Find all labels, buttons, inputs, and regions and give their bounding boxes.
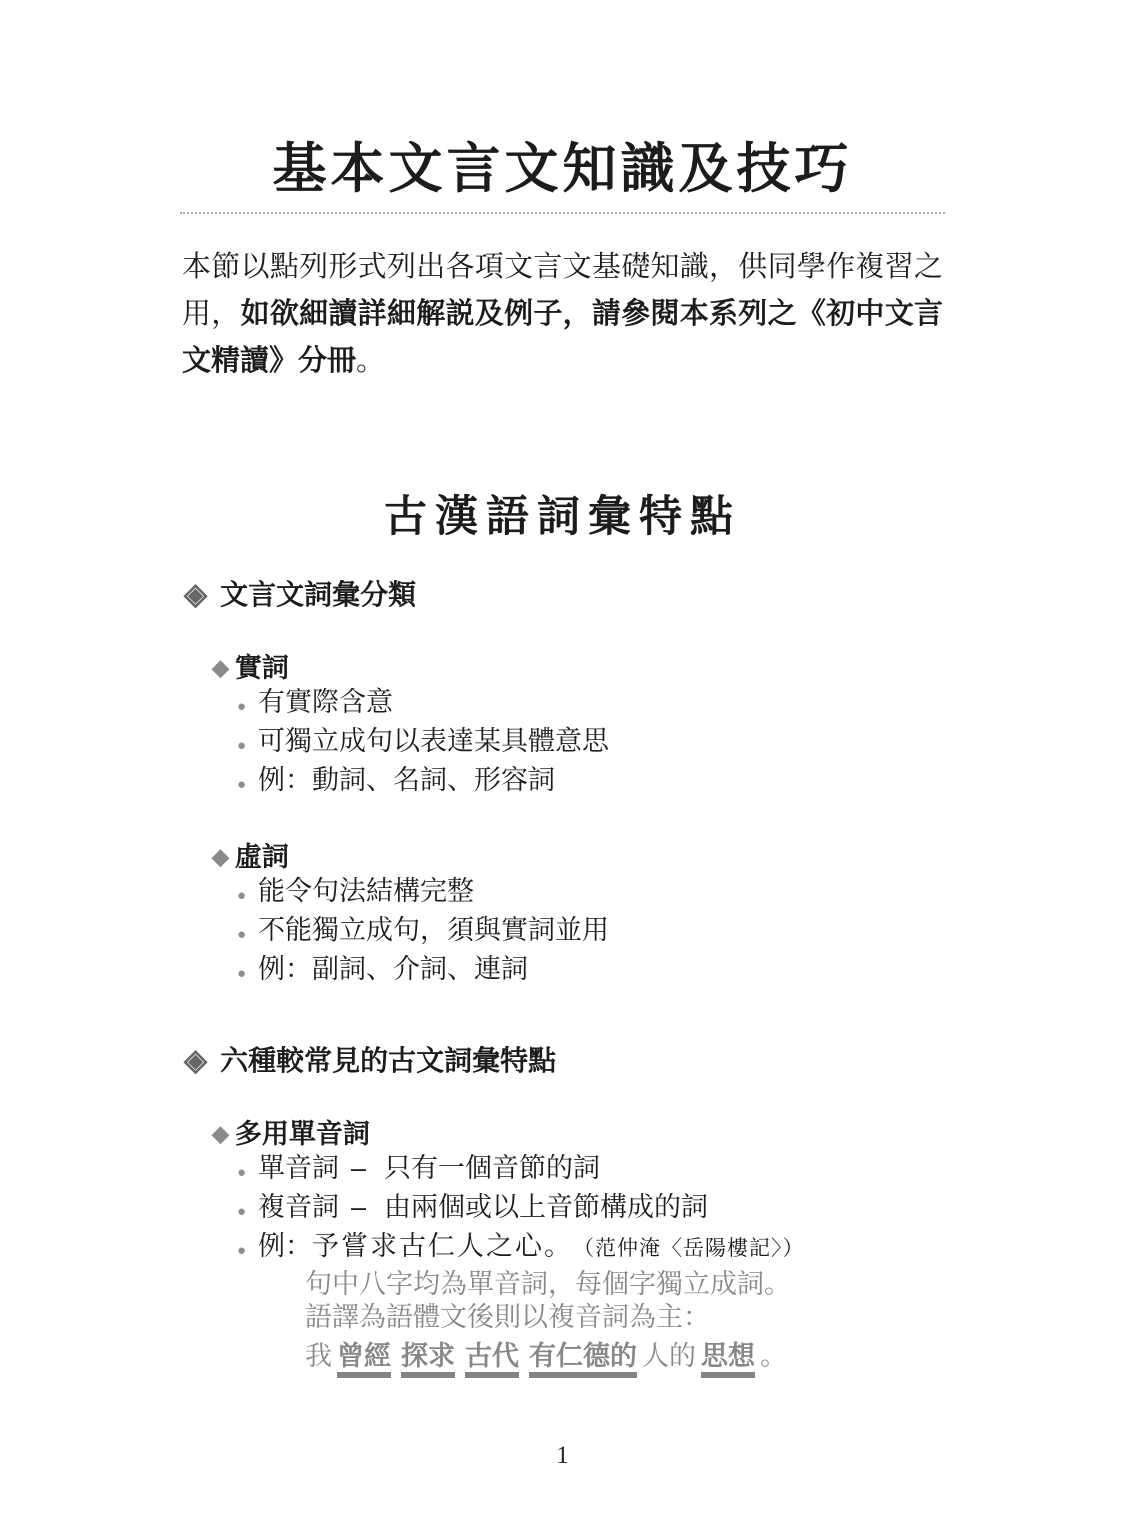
bullet-icon: ●: [237, 767, 258, 802]
group-content-words: ◆ 實詞 ●有實際含意 ●可獨立成句以表達某具體意思 ●例：動詞、名詞、形容詞: [180, 651, 945, 802]
translation-segment-underlined: 探求: [401, 1341, 455, 1378]
translation-segment-underlined: 曾經: [337, 1341, 391, 1378]
subheading-function-words: ◆ 虛詞: [180, 840, 945, 874]
translation-segment: 我: [305, 1341, 332, 1371]
intro-text-bold: 如欲細讀詳細解説及例子，請參閱本系列之《初中文言文精讀》分冊: [182, 298, 943, 377]
subheading-content-words: ◆ 實詞: [180, 651, 945, 685]
heading-six-features: ◈ 六種較常見的古文詞彙特點: [180, 1043, 945, 1079]
document-page: 基本文言文知識及技巧 本節以點列形式列出各項文言文基礎知識，供同學作複習之用，如…: [0, 0, 1125, 1538]
list-item-text: 例：副詞、介詞、連詞: [258, 952, 528, 987]
list-item: ●例：副詞、介詞、連詞: [180, 952, 945, 991]
example-source: （范仲淹〈岳陽樓記〉）: [573, 1231, 805, 1266]
content-column: 基本文言文知識及技巧 本節以點列形式列出各項文言文基礎知識，供同學作複習之用，如…: [180, 0, 945, 1378]
diamond-icon: ◆: [212, 1123, 229, 1145]
page-title: 基本文言文知識及技巧: [180, 0, 945, 206]
bullet-icon: ●: [237, 917, 258, 952]
heading-label: 文言文詞彙分類: [220, 577, 416, 613]
subheading-label: 虛詞: [235, 840, 289, 874]
definition-item: ●複音詞–由兩個或以上音節構成的詞: [180, 1190, 945, 1229]
bullet-icon: ●: [237, 1194, 258, 1229]
dash-separator: –: [351, 1190, 366, 1225]
bullet-icon: ●: [237, 728, 258, 763]
bullet-list: ●有實際含意 ●可獨立成句以表達某具體意思 ●例：動詞、名詞、形容詞: [180, 685, 945, 802]
translation-segment: 。: [760, 1341, 787, 1371]
definition-text: 只有一個音節的詞: [384, 1151, 600, 1186]
list-item: ●能令句法結構完整: [180, 874, 945, 913]
list-item-text: 能令句法結構完整: [258, 874, 474, 909]
bullet-icon: ●: [237, 878, 258, 913]
heading-label: 六種較常見的古文詞彙特點: [220, 1043, 556, 1079]
section-heading: 古漢語詞彙特點: [180, 385, 945, 543]
translation-segment: 人: [642, 1341, 669, 1371]
subheading-label: 實詞: [235, 651, 289, 685]
diamond-outline-icon: ◈: [184, 580, 207, 610]
list-item: ●可獨立成句以表達某具體意思: [180, 724, 945, 763]
subheading-label: 多用單音詞: [235, 1117, 370, 1151]
diamond-icon: ◆: [212, 846, 229, 868]
list-item-text: 可獨立成句以表達某具體意思: [258, 724, 609, 759]
example-label: 例：: [258, 1229, 312, 1264]
example-quote: 予嘗求古仁人之心。: [312, 1229, 573, 1264]
intro-text-period: 。: [356, 345, 385, 377]
group-monosyllabic-words: ◆ 多用單音詞 ●單音詞–只有一個音節的詞 ●複音詞–由兩個或以上音節構成的詞 …: [180, 1117, 945, 1378]
diamond-icon: ◆: [212, 657, 229, 679]
annotation-line: 語譯為語體文後則以複音詞為主：: [305, 1301, 945, 1334]
list-item-text: 有實際含意: [258, 685, 393, 720]
translation-segment: 的: [669, 1341, 696, 1371]
title-divider: [180, 212, 945, 214]
example-annotation: 句中八字均為單音詞，每個字獨立成詞。 語譯為語體文後則以複音詞為主： 我曾經探求…: [180, 1268, 945, 1378]
definition-term: 單音詞: [258, 1151, 339, 1186]
annotation-line: 句中八字均為單音詞，每個字獨立成詞。: [305, 1268, 945, 1301]
example-item: ●例：予嘗求古仁人之心。（范仲淹〈岳陽樓記〉）: [180, 1229, 945, 1268]
heading-vocab-classification: ◈ 文言文詞彙分類: [180, 577, 945, 613]
subheading-monosyllabic: ◆ 多用單音詞: [180, 1117, 945, 1151]
list-item-text: 例：動詞、名詞、形容詞: [258, 763, 555, 798]
definition-item: ●單音詞–只有一個音節的詞: [180, 1151, 945, 1190]
group-function-words: ◆ 虛詞 ●能令句法結構完整 ●不能獨立成句，須與實詞並用 ●例：副詞、介詞、連…: [180, 840, 945, 991]
list-item-text: 不能獨立成句，須與實詞並用: [258, 913, 609, 948]
translation-segment-underlined: 古代: [465, 1341, 519, 1378]
list-item: ●不能獨立成句，須與實詞並用: [180, 913, 945, 952]
bullet-icon: ●: [237, 1155, 258, 1190]
list-item: ●例：動詞、名詞、形容詞: [180, 763, 945, 802]
intro-paragraph: 本節以點列形式列出各項文言文基礎知識，供同學作複習之用，如欲細讀詳細解説及例子，…: [182, 244, 943, 385]
translation-segment-underlined: 有仁德的: [529, 1341, 637, 1378]
bullet-list: ●單音詞–只有一個音節的詞 ●複音詞–由兩個或以上音節構成的詞 ●例：予嘗求古仁…: [180, 1151, 945, 1268]
bullet-icon: ●: [237, 689, 258, 724]
translation-line: 我曾經探求古代有仁德的人的思想。: [305, 1337, 945, 1378]
definition-text: 由兩個或以上音節構成的詞: [384, 1190, 708, 1225]
translation-segment-underlined: 思想: [701, 1341, 755, 1378]
definition-term: 複音詞: [258, 1190, 339, 1225]
bullet-list: ●能令句法結構完整 ●不能獨立成句，須與實詞並用 ●例：副詞、介詞、連詞: [180, 874, 945, 991]
bullet-icon: ●: [237, 956, 258, 991]
dash-separator: –: [351, 1151, 366, 1186]
list-item: ●有實際含意: [180, 685, 945, 724]
diamond-outline-icon: ◈: [184, 1046, 207, 1076]
bullet-icon: ●: [237, 1233, 258, 1268]
page-number: 1: [0, 1442, 1125, 1470]
